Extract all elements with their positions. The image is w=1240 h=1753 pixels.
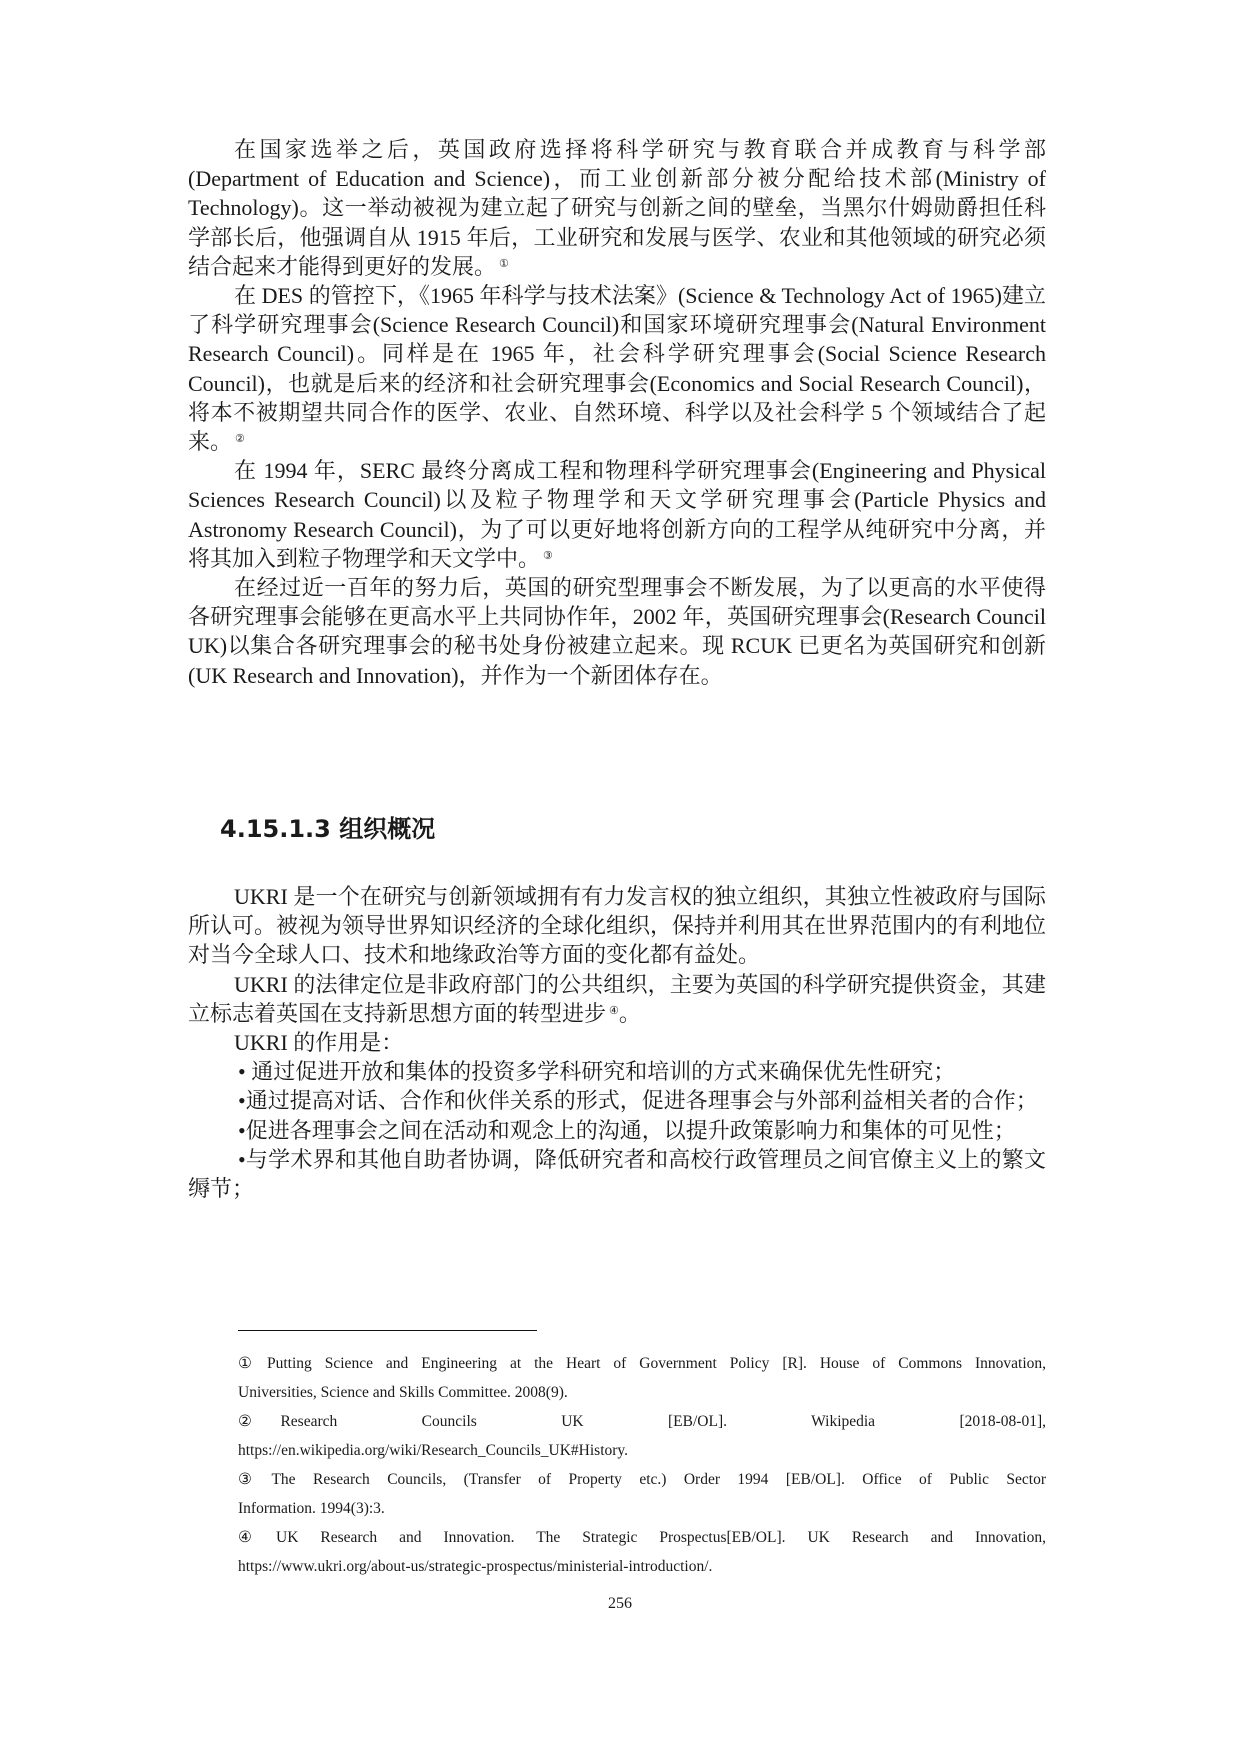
footnotes: ①Putting Science and Engineering at the …: [238, 1349, 1046, 1581]
footnote-link[interactable]: https://en.wikipedia.org/wiki/Research_C…: [238, 1436, 1046, 1465]
footnote-line: ①Putting Science and Engineering at the …: [238, 1349, 1046, 1378]
bullet-item: • 通过促进开放和集体的投资多学科研究和培训的方式来确保优先性研究；: [188, 1057, 1046, 1086]
bullet-item: •促进各理事会之间在活动和观念上的沟通，以提升政策影响力和集体的可见性；: [188, 1116, 1046, 1145]
footnote-divider: [238, 1330, 537, 1331]
bullet-item: •通过提高对话、合作和伙伴关系的形式，促进各理事会与外部利益相关者的合作；: [188, 1086, 1046, 1115]
paragraph-text-end: 。: [619, 1001, 641, 1026]
footnote-line: ②Research Councils UK [EB/OL]. Wikipedia…: [238, 1407, 1046, 1436]
footnote-text: Information. 1994(3):3.: [238, 1494, 1046, 1523]
footnote-3: ③The Research Councils, (Transfer of Pro…: [238, 1465, 1046, 1523]
paragraph-ukri-independence: UKRI 是一个在研究与创新领域拥有有力发言权的独立组织，其独立性被政府与国际所…: [188, 882, 1046, 970]
paragraph-text: 在 DES 的管控下，《1965 年科学与技术法案》(Science & Tec…: [188, 283, 1046, 454]
footnote-link[interactable]: https://www.ukri.org/about-us/strategic-…: [238, 1552, 1046, 1581]
footnote-text: Research Councils UK [EB/OL]. Wikipedia …: [280, 1413, 1046, 1430]
paragraph-ukri-legal-status: UKRI 的法律定位是非政府部门的公共组织，主要为英国的科学研究提供资金，其建立…: [188, 970, 1046, 1028]
footnote-text: UK Research and Innovation. The Strategi…: [276, 1529, 1046, 1546]
footnote-text: Universities, Science and Skills Committ…: [238, 1378, 1046, 1407]
page-number: 256: [0, 1595, 1240, 1613]
document-page: 在国家选举之后，英国政府选择将科学研究与教育联合并成教育与科学部(Departm…: [0, 0, 1240, 1753]
footnote-2: ②Research Councils UK [EB/OL]. Wikipedia…: [238, 1407, 1046, 1465]
history-section: 在国家选举之后，英国政府选择将科学研究与教育联合并成教育与科学部(Departm…: [188, 135, 1046, 690]
paragraph-text: UKRI 的法律定位是非政府部门的公共组织，主要为英国的科学研究提供资金，其建立…: [188, 972, 1046, 1026]
paragraph-ukri-roles-lead: UKRI 的作用是：: [188, 1028, 1046, 1057]
footnote-number: ②: [238, 1413, 274, 1430]
section-heading: 4.15.1.3 组织概况: [220, 809, 435, 844]
paragraph-science-act-1965: 在 DES 的管控下，《1965 年科学与技术法案》(Science & Tec…: [188, 281, 1046, 456]
organization-overview-section: UKRI 是一个在研究与创新领域拥有有力发言权的独立组织，其独立性被政府与国际所…: [188, 882, 1046, 1203]
paragraph-text: 在经过近一百年的努力后，英国的研究型理事会不断发展，为了以更高的水平使得各研究理…: [188, 575, 1046, 688]
paragraph-des-formation: 在国家选举之后，英国政府选择将科学研究与教育联合并成教育与科学部(Departm…: [188, 135, 1046, 281]
footnote-ref-2[interactable]: ②: [235, 433, 245, 445]
paragraph-rcuk-ukri: 在经过近一百年的努力后，英国的研究型理事会不断发展，为了以更高的水平使得各研究理…: [188, 573, 1046, 690]
footnote-ref-1[interactable]: ①: [499, 258, 509, 270]
footnote-4: ④UK Research and Innovation. The Strateg…: [238, 1523, 1046, 1581]
footnote-number: ①: [238, 1355, 261, 1372]
paragraph-text: 在 1994 年，SERC 最终分离成工程和物理科学研究理事会(Engineer…: [188, 458, 1046, 571]
footnote-number: ④: [238, 1529, 270, 1546]
paragraph-text: 在国家选举之后，英国政府选择将科学研究与教育联合并成教育与科学部(Departm…: [188, 137, 1046, 279]
footnote-ref-3[interactable]: ③: [543, 550, 553, 562]
footnote-line: ④UK Research and Innovation. The Strateg…: [238, 1523, 1046, 1552]
paragraph-serc-split-1994: 在 1994 年，SERC 最终分离成工程和物理科学研究理事会(Engineer…: [188, 456, 1046, 573]
footnote-ref-4[interactable]: ④: [609, 1005, 619, 1017]
bullet-item: •与学术界和其他自助者协调，降低研究者和高校行政管理员之间官僚主义上的繁文缛节；: [188, 1145, 1046, 1203]
footnote-number: ③: [238, 1471, 265, 1488]
footnote-text: Putting Science and Engineering at the H…: [267, 1355, 1046, 1372]
footnote-line: ③The Research Councils, (Transfer of Pro…: [238, 1465, 1046, 1494]
footnote-text: The Research Councils, (Transfer of Prop…: [271, 1471, 1046, 1488]
footnote-1: ①Putting Science and Engineering at the …: [238, 1349, 1046, 1407]
